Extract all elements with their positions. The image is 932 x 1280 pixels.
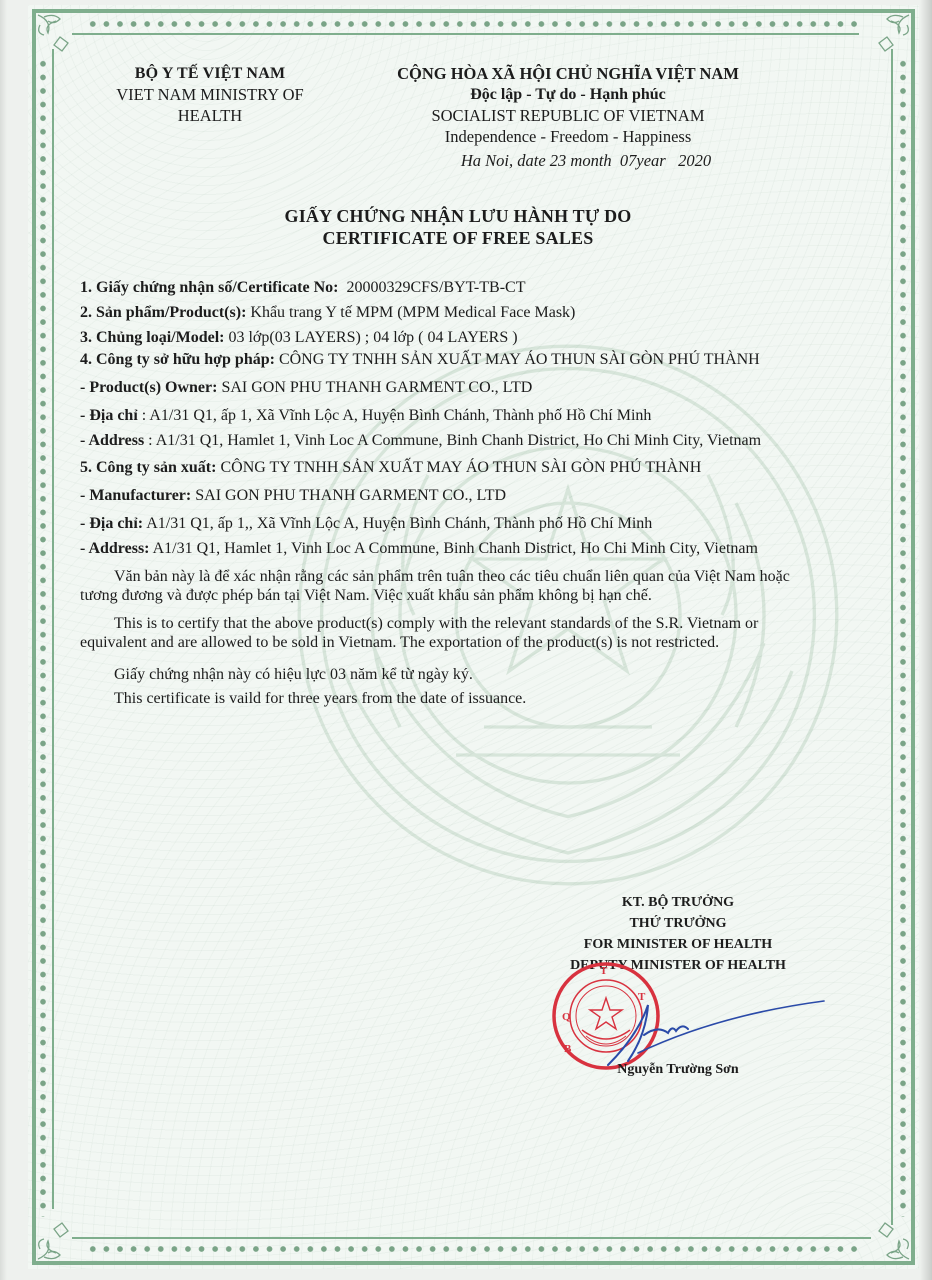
svg-text:B: B — [564, 1043, 572, 1055]
svg-text:Q: Q — [562, 1011, 571, 1023]
document-title: GIẤY CHỨNG NHẬN LƯU HÀNH TỰ DO CERTIFICA… — [178, 205, 738, 249]
field-owner-en: - Product(s) Owner: SAI GON PHU THANH GA… — [80, 378, 816, 397]
motto-vn: Độc lập - Tự do - Hạnh phúc — [368, 84, 768, 105]
field-owner-vn: 4. Công ty sở hữu hợp pháp: CÔNG TY TNHH… — [80, 350, 816, 369]
ministry-name-vn: BỘ Y TẾ VIỆT NAM — [90, 63, 330, 84]
field-owner-address-en: - Address : A1/31 Q1, Hamlet 1, Vinh Loc… — [80, 431, 816, 450]
country-name-vn: CỘNG HÒA XÃ HỘI CHỦ NGHĨA VIỆT NAM — [368, 63, 768, 84]
svg-text:T: T — [600, 965, 608, 977]
issue-date: Ha Noi, date 23 month 07year 2020 — [368, 150, 768, 171]
ministry-name-en-2: HEALTH — [90, 105, 330, 126]
country-name-en: SOCIALIST REPUBLIC OF VIETNAM — [368, 105, 768, 126]
field-product: 2. Sản phẩm/Product(s): Khẩu trang Y tế … — [80, 303, 816, 322]
certificate-page: BỘ Y TẾ VIỆT NAM VIET NAM MINISTRY OF HE… — [28, 5, 919, 1269]
field-model: 3. Chủng loại/Model: 03 lớp(03 LAYERS) ;… — [80, 328, 816, 347]
signature-title-3: FOR MINISTER OF HEALTH — [528, 934, 828, 955]
certify-statement-en: This is to certify that the above produc… — [80, 614, 816, 652]
signature-title-2: THỨ TRƯỞNG — [528, 913, 828, 934]
ministry-name-en-1: VIET NAM MINISTRY OF — [90, 84, 330, 105]
motto-en: Independence - Freedom - Happiness — [368, 126, 768, 147]
certify-statement-vn: Văn bản này là để xác nhận rằng các sản … — [80, 567, 816, 605]
field-owner-address-vn: - Địa chỉ : A1/31 Q1, ấp 1, Xã Vĩnh Lộc … — [80, 406, 816, 425]
title-en: CERTIFICATE OF FREE SALES — [178, 227, 738, 249]
title-vn: GIẤY CHỨNG NHẬN LƯU HÀNH TỰ DO — [178, 205, 738, 227]
page-shadow-right — [920, 0, 932, 1280]
ministry-header: BỘ Y TẾ VIỆT NAM VIET NAM MINISTRY OF HE… — [90, 63, 330, 126]
certificate-body: 1. Giấy chứng nhận số/Certificate No: 20… — [80, 278, 816, 717]
field-manufacturer-en: - Manufacturer: SAI GON PHU THANH GARMEN… — [80, 486, 816, 505]
validity-statement-vn: Giấy chứng nhận này có hiệu lực 03 năm k… — [80, 665, 816, 684]
signer-name: Nguyễn Trường Sơn — [588, 1062, 768, 1078]
field-certificate-no: 1. Giấy chứng nhận số/Certificate No: 20… — [80, 278, 816, 297]
signature-title-1: KT. BỘ TRƯỞNG — [528, 892, 828, 913]
certificate-content: BỘ Y TẾ VIỆT NAM VIET NAM MINISTRY OF HE… — [28, 5, 919, 1269]
republic-header: CỘNG HÒA XÃ HỘI CHỦ NGHĨA VIỆT NAM Độc l… — [368, 63, 768, 171]
field-manufacturer-address-vn: - Địa chỉ: A1/31 Q1, ấp 1,, Xã Vĩnh Lộc … — [80, 514, 816, 533]
page-shadow-left — [0, 0, 7, 1280]
field-manufacturer-address-en: - Address: A1/31 Q1, Hamlet 1, Vinh Loc … — [80, 539, 816, 558]
field-manufacturer-vn: 5. Công ty sản xuất: CÔNG TY TNHH SẢN XU… — [80, 458, 816, 477]
validity-statement-en: This certificate is vaild for three year… — [80, 689, 816, 708]
